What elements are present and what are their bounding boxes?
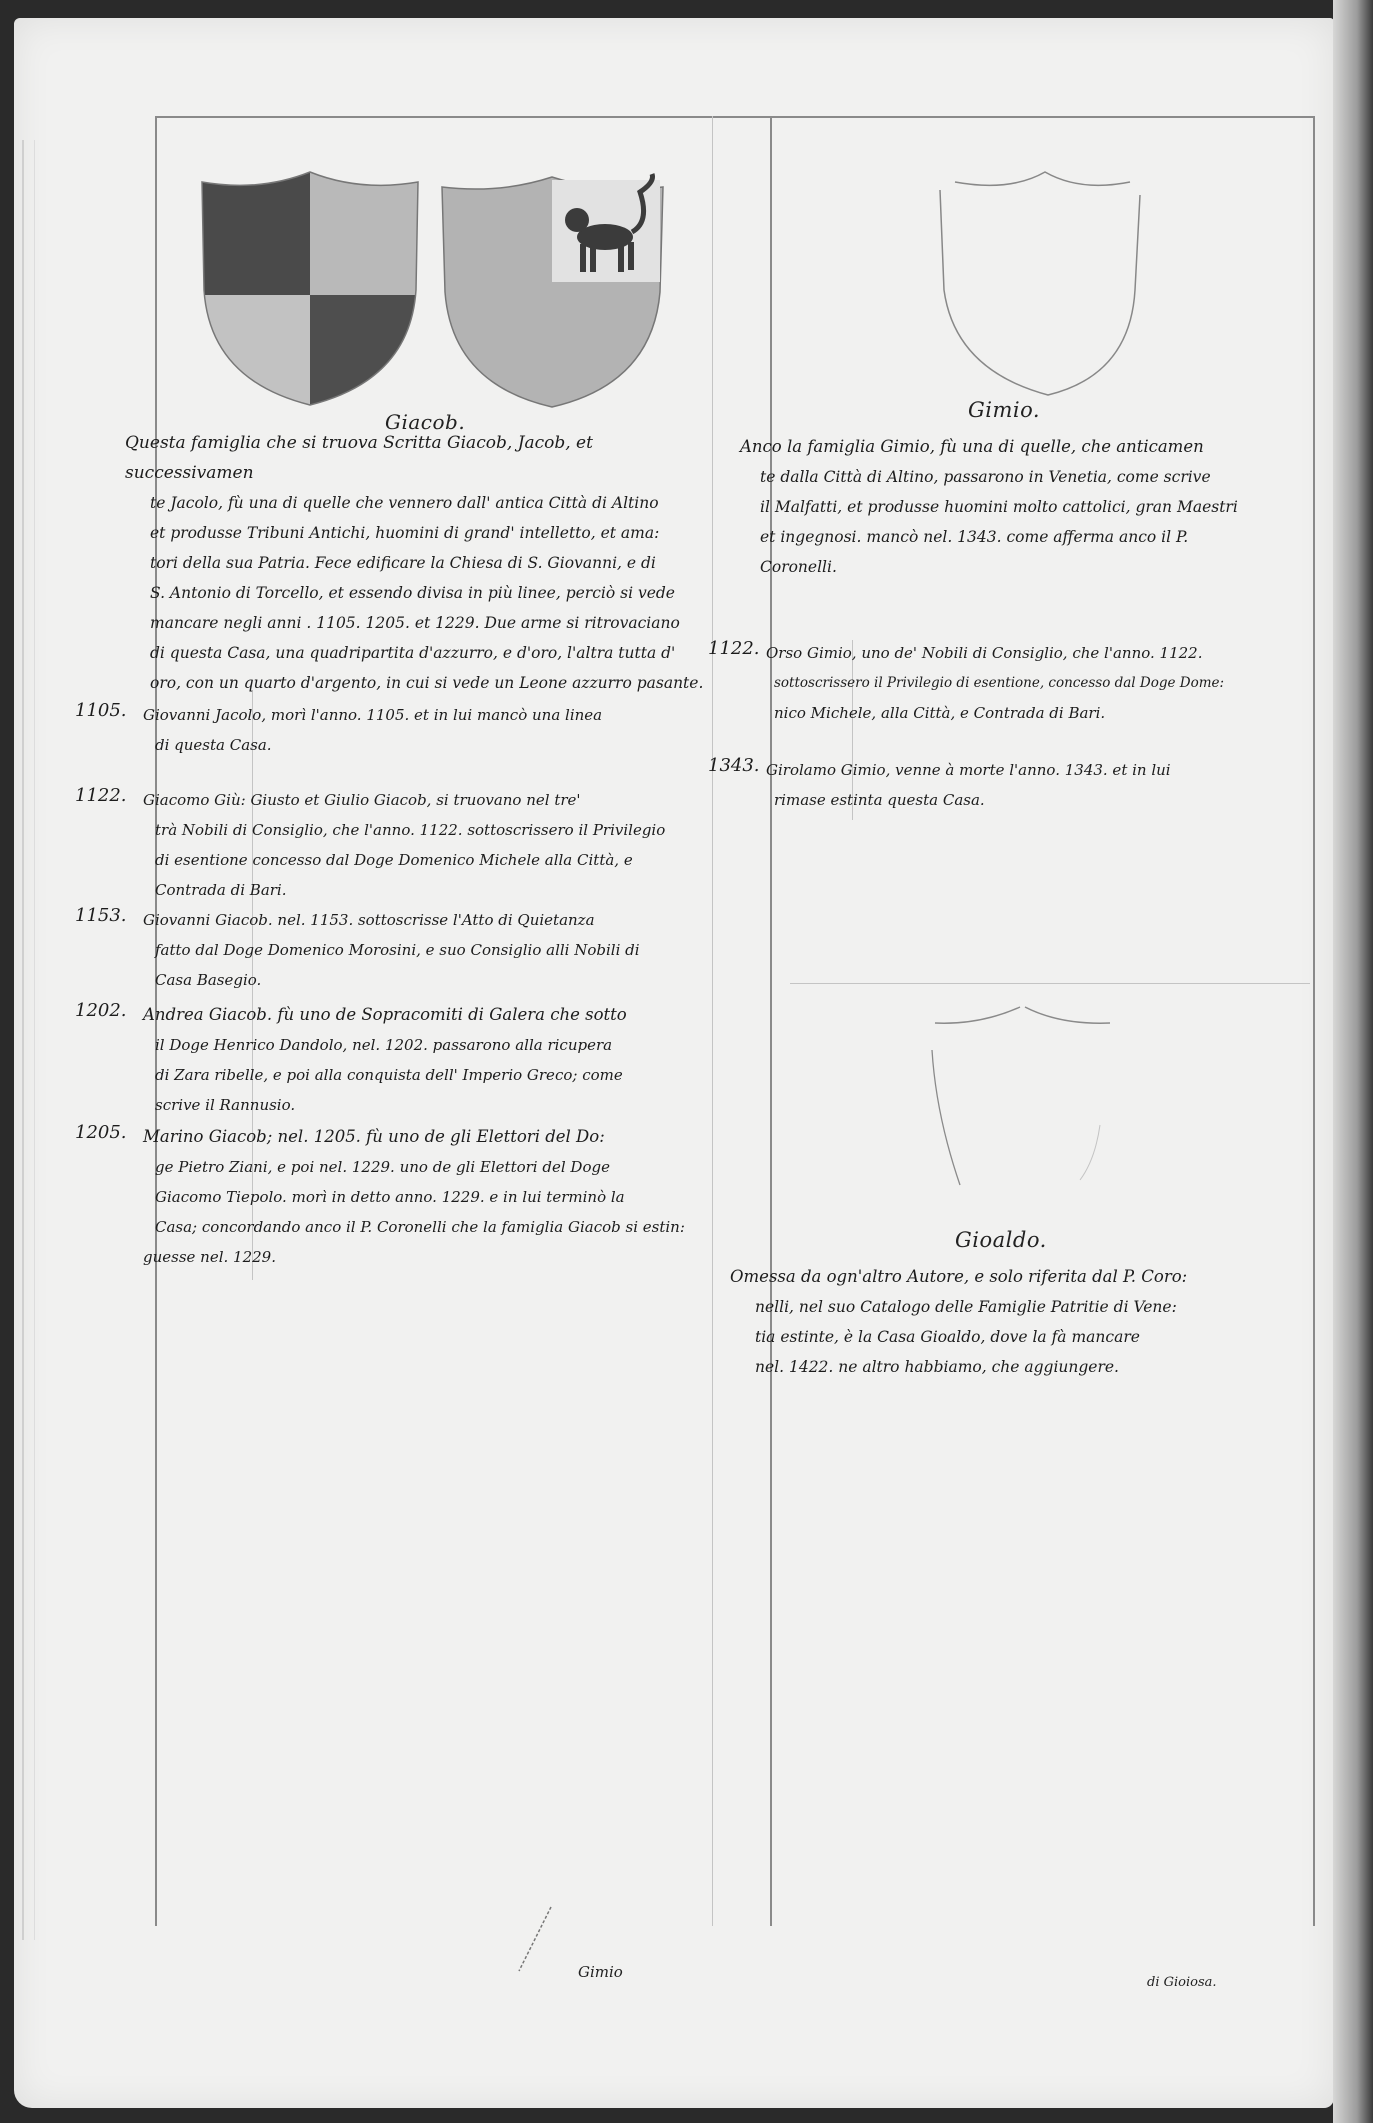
entry-line: sottoscrissero il Privilegio di esention… [766, 668, 1316, 698]
giacob-intro-line: Questa famiglia che si truova Scritta Gi… [125, 428, 715, 488]
entry-line: Contrada di Bari. [143, 875, 715, 905]
gioaldo-line: tia estinte, è la Casa Gioaldo, dove la … [730, 1322, 1310, 1352]
entry-body: Giovanni Jacolo, morì l'anno. 1105. et i… [143, 700, 715, 760]
entry-line: trà Nobili di Consiglio, che l'anno. 112… [143, 815, 715, 845]
catchword-right: di Gioiosa. [1147, 1975, 1217, 1990]
entry-body: Giovanni Giacob. nel. 1153. sottoscrisse… [143, 905, 715, 995]
entry-line: nico Michele, alla Città, e Contrada di … [766, 698, 1316, 728]
entry-line: Marino Giacob; nel. 1205. fù uno de gli … [143, 1122, 715, 1152]
gimio-intro-line: et ingegnosi. mancò nel. 1343. come affe… [740, 522, 1310, 552]
page-fold [22, 140, 35, 1940]
pencil-mark [515, 1905, 555, 1975]
gioaldo-shield-outline [930, 995, 1130, 1195]
gioaldo-caption: Gioaldo. [955, 1228, 1047, 1252]
gimio-shield-outline [930, 170, 1170, 410]
entry-year: 1105. [75, 700, 127, 721]
giacob-shield-lion [440, 172, 665, 412]
entry-line: guesse nel. 1229. [143, 1242, 715, 1272]
catchword-center: Gimio [578, 1963, 623, 1981]
gimio-intro-line: Anco la famiglia Gimio, fù una di quelle… [740, 432, 1310, 462]
giacob-intro-line: et produsse Tribuni Antichi, huomini di … [125, 518, 715, 548]
entry-line: Giovanni Jacolo, morì l'anno. 1105. et i… [143, 700, 715, 730]
gimio-intro-line: il Malfatti, et produsse huomini molto c… [740, 492, 1310, 522]
entry-year: 1205. [75, 1122, 127, 1143]
entry-line: Giacomo Giù: Giusto et Giulio Giacob, si… [143, 785, 715, 815]
entry-body: Andrea Giacob. fù uno de Sopracomiti di … [143, 1000, 715, 1120]
right-rule [1313, 116, 1315, 1926]
entry-line: Orso Gimio, uno de' Nobili di Consiglio,… [766, 638, 1316, 668]
entry-line: Girolamo Gimio, venne à morte l'anno. 13… [766, 755, 1316, 785]
gioaldo-paragraph: Omessa da ogn'altro Autore, e solo rifer… [730, 1262, 1310, 1382]
giacob-intro-line: te Jacolo, fù una di quelle che vennero … [125, 488, 715, 518]
gimio-intro-line: te dalla Città di Altino, passarono in V… [740, 462, 1310, 492]
entry-line: rimase estinta questa Casa. [766, 785, 1316, 815]
entry-year: 1343. [708, 755, 760, 776]
gioaldo-line: nel. 1422. ne altro habbiamo, che aggiun… [730, 1352, 1310, 1382]
entry-line: ge Pietro Ziani, e poi nel. 1229. uno de… [143, 1152, 715, 1182]
entry-line: Casa; concordando anco il P. Coronelli c… [143, 1212, 715, 1242]
entry-year: 1122. [708, 638, 760, 659]
giacob-shield-quartered [200, 170, 420, 410]
entry-line: Casa Basegio. [143, 965, 715, 995]
gimio-intro-line: Coronelli. [740, 552, 1310, 582]
entry-line: fatto dal Doge Domenico Morosini, e suo … [143, 935, 715, 965]
entry-line: di questa Casa. [143, 730, 715, 760]
giacob-intro-line: di questa Casa, una quadripartita d'azzu… [125, 638, 715, 668]
entry-year: 1122. [75, 785, 127, 806]
entry-line: Giacomo Tiepolo. morì in detto anno. 122… [143, 1182, 715, 1212]
giacob-intro-paragraph: Questa famiglia che si truova Scritta Gi… [125, 428, 715, 698]
gimio-caption: Gimio. [968, 398, 1040, 422]
gioaldo-line: nelli, nel suo Catalogo delle Famiglie P… [730, 1292, 1310, 1322]
entry-line: Giovanni Giacob. nel. 1153. sottoscrisse… [143, 905, 715, 935]
page-edge-shadow [1333, 0, 1373, 2123]
entry-body: Girolamo Gimio, venne à morte l'anno. 13… [766, 755, 1316, 815]
giacob-intro-line: tori della sua Patria. Fece edificare la… [125, 548, 715, 578]
gioaldo-line: Omessa da ogn'altro Autore, e solo rifer… [730, 1262, 1310, 1292]
entry-line: scrive il Rannusio. [143, 1090, 715, 1120]
entry-line: di esentione concesso dal Doge Domenico … [143, 845, 715, 875]
entry-line: di Zara ribelle, e poi alla conquista de… [143, 1060, 715, 1090]
section-divider-rule [790, 983, 1310, 984]
entry-line: Andrea Giacob. fù uno de Sopracomiti di … [143, 1000, 715, 1030]
giacob-intro-line: mancare negli anni . 1105. 1205. et 1229… [125, 608, 715, 638]
center-rule [770, 116, 772, 1926]
entry-year: 1153. [75, 905, 127, 926]
top-rule [155, 116, 1315, 118]
gimio-intro-paragraph: Anco la famiglia Gimio, fù una di quelle… [740, 432, 1310, 582]
giacob-intro-line: S. Antonio di Torcello, et essendo divis… [125, 578, 715, 608]
giacob-intro-line: oro, con un quarto d'argento, in cui si … [125, 668, 715, 698]
entry-year: 1202. [75, 1000, 127, 1021]
entry-line: il Doge Henrico Dandolo, nel. 1202. pass… [143, 1030, 715, 1060]
entry-body: Marino Giacob; nel. 1205. fù uno de gli … [143, 1122, 715, 1272]
entry-body: Giacomo Giù: Giusto et Giulio Giacob, si… [143, 785, 715, 905]
entry-body: Orso Gimio, uno de' Nobili di Consiglio,… [766, 638, 1316, 728]
